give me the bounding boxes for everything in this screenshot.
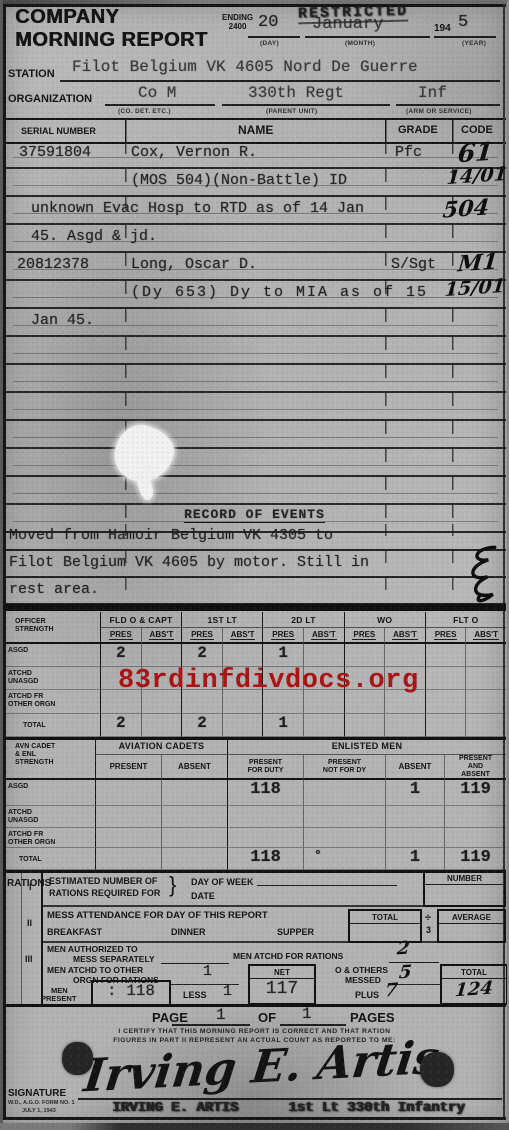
punch-hole-left: [62, 1042, 93, 1075]
enlisted-value: [95, 780, 161, 806]
events-line: rest area.: [9, 581, 99, 598]
enlisted-value-degree: °: [303, 848, 385, 870]
group-flt-o: FLT O: [425, 612, 506, 628]
record-of-events-heading: RECORD OF EVENTS: [184, 507, 325, 523]
enlisted-value: 119: [444, 780, 506, 806]
men-authorized-line2: MESS SEPARATELY: [73, 954, 155, 964]
punch-hole-right: [420, 1052, 454, 1087]
atchd-other-value: 1: [203, 963, 212, 980]
form-border-top: [3, 4, 506, 7]
enlisted-value: [161, 780, 227, 806]
officer-value: [344, 714, 385, 737]
grade-value: S/Sgt: [391, 256, 436, 273]
less-value: 1: [223, 983, 232, 1000]
grade-value: Pfc: [395, 144, 422, 161]
group-2d-lt: 2D LT: [262, 612, 343, 628]
section-divider-bar: [3, 604, 506, 611]
officer-value: [222, 644, 263, 667]
officer-value: 2: [181, 714, 222, 737]
pages-value: 1: [302, 1005, 312, 1023]
subheader-pres: PRES: [109, 630, 133, 640]
officer-value: [465, 667, 506, 690]
rations-total-value: 124: [441, 977, 507, 1002]
officer-value: [384, 714, 425, 737]
officer-value: 2: [181, 644, 222, 667]
code-handwritten: 15/01: [444, 274, 506, 300]
officer-value: [384, 644, 425, 667]
pages-underline: [280, 1024, 346, 1026]
subheader-abst: ABS'T: [473, 630, 499, 640]
officer-value: [465, 714, 506, 737]
roster-row: (Dy 653) Dy to MIA as of 15 15/01: [3, 281, 506, 309]
col-name: NAME: [238, 123, 273, 137]
form-number-line2: JULY 1, 1943: [22, 1108, 56, 1114]
subheader-abst: ABS'T: [311, 630, 337, 640]
officer-row-label: ATCHD FR OTHER ORGN: [3, 690, 100, 714]
photo-edge-left: [0, 0, 3, 1130]
officer-row-label: ATCHD UNASGD: [3, 667, 100, 690]
men-atchd-for-rations-label: MEN ATCHD FOR RATIONS: [233, 951, 343, 961]
roster-row: 37591804 Cox, Vernon R. Pfc 61: [3, 141, 506, 169]
remark-line: (Dy 653) Dy to MIA as of 15: [131, 284, 428, 301]
signature-label: SIGNATURE: [8, 1088, 66, 1099]
organization-unit-value: Co M: [138, 84, 176, 102]
estimated-number-line2: RATIONS REQUIRED FOR: [49, 888, 160, 898]
year-printed: 194: [434, 23, 451, 34]
subheader-abst: ABS'T: [392, 630, 418, 640]
part-iii-numeral: III: [25, 954, 33, 964]
serial-number: 37591804: [19, 144, 91, 161]
others-messed-value: 5: [398, 962, 412, 984]
restricted-stamp: RESTRICTED: [298, 3, 408, 25]
plus-value: 7: [384, 980, 398, 1002]
photo-edge-bottom: [0, 1123, 509, 1130]
officer-value: [425, 644, 466, 667]
group-fld-o-capt: FLD O & CAPT: [100, 612, 181, 628]
watermark-text: 83rdinfdivdocs.org: [118, 666, 419, 696]
enlisted-value: [303, 828, 385, 848]
roster-row-empty: [3, 393, 506, 421]
officer-value: [425, 667, 466, 690]
organization-arm-value: Inf: [418, 84, 447, 102]
code-handwritten: 504: [442, 194, 491, 223]
roster-row-empty: [3, 449, 506, 477]
day-of-week-label: DAY OF WEEK: [191, 877, 254, 887]
rations-rail-label: RATIONS: [7, 875, 18, 893]
events-line: Moved from Hamoir Belgium VK 4305 to: [9, 527, 333, 544]
enlisted-row-label: ATCHD FR OTHER ORGN: [3, 828, 95, 848]
record-of-events-lines: Moved from Hamoir Belgium VK 4305 to Fil…: [3, 524, 506, 605]
scanned-morning-report: COMPANY MORNING REPORT ENDING 2400 20 Ja…: [0, 0, 509, 1130]
mess-total-label: TOTAL: [350, 911, 420, 924]
typed-signer-name: IRVING E. ARTIS: [112, 1100, 238, 1116]
enlisted-row-label: TOTAL: [3, 848, 95, 870]
net-label: NET: [250, 966, 314, 979]
report-day-value: 20: [258, 13, 278, 32]
org-parent-underline: [222, 104, 390, 106]
officer-value: [465, 644, 506, 667]
men-atchd-other-line1: MEN ATCHD TO OTHER: [47, 965, 143, 975]
enlisted-value: [161, 828, 227, 848]
enlisted-value: [303, 780, 385, 806]
day-underline: [248, 36, 300, 38]
officer-value: [303, 714, 344, 737]
o-and-others-line2: MESSED: [345, 975, 381, 985]
officer-value: 2: [100, 714, 141, 737]
remark-line: unknown Evac Hosp to RTD as of 14 Jan: [31, 200, 364, 217]
group-enlisted-men: ENLISTED MEN: [227, 737, 506, 755]
men-present-box: : 118: [91, 980, 171, 1006]
others-underline: [393, 984, 441, 985]
supper-label: SUPPER: [277, 927, 314, 937]
enlisted-value: 119: [444, 848, 506, 870]
number-box-label: NUMBER: [425, 872, 504, 885]
year-caption: (YEAR): [462, 40, 486, 47]
mess-total-box: TOTAL: [348, 909, 422, 943]
net-box: NET 117: [248, 964, 316, 1005]
remark-line: Jan 45.: [31, 312, 94, 329]
col-code: CODE: [461, 124, 493, 136]
enlisted-value: 118: [227, 848, 303, 870]
officer-value: 2: [100, 644, 141, 667]
group-1st-lt: 1ST LT: [181, 612, 262, 628]
soldier-name: Long, Oscar D.: [131, 256, 257, 273]
subheader-abst: ABS'T: [230, 630, 256, 640]
officer-value: [425, 690, 466, 714]
form-title: COMPANY MORNING REPORT: [15, 6, 208, 52]
officer-value: 1: [262, 644, 303, 667]
enlisted-value: [385, 828, 444, 848]
station-underline: [60, 80, 500, 82]
mess-separately-underline: [161, 963, 229, 964]
enlisted-value: [227, 806, 303, 828]
atchd-rations-underline: [389, 962, 439, 963]
of-label: OF: [258, 1010, 276, 1025]
mess-attendance-title: MESS ATTENDANCE FOR DAY OF THIS REPORT: [47, 910, 268, 921]
enlisted-value: [95, 828, 161, 848]
rations-section: RATIONS I II III ESTIMATED NUMBER OF RAT…: [3, 872, 506, 1007]
code-handwritten: M1: [457, 248, 499, 277]
record-of-events-section: RECORD OF EVENTS: [0, 505, 509, 523]
officer-value: [141, 644, 182, 667]
officer-value: [465, 690, 506, 714]
roster-row: unknown Evac Hosp to RTD as of 14 Jan 50…: [3, 197, 506, 225]
remark-line: 45. Asgd & jd.: [31, 228, 157, 245]
subheader-abst: ABS'T: [149, 630, 175, 640]
page-underline: [172, 1024, 250, 1026]
roster-row-empty: [3, 421, 506, 449]
col-absent-enlisted: ABSENT: [385, 755, 444, 780]
officer-value: [222, 714, 263, 737]
enlisted-strength-table: AVN CADET & ENL STRENGTH AVIATION CADETS…: [3, 737, 506, 873]
col-serial-number: SERIAL NUMBER: [21, 126, 96, 136]
part-i-numeral: I: [29, 882, 32, 892]
year-underline: [434, 36, 496, 38]
page-label: PAGE: [152, 1010, 188, 1025]
enlisted-value: [95, 848, 161, 870]
col-present-not-for-dy: PRESENT NOT FOR DY: [303, 755, 385, 780]
form-title-line1: COMPANY: [15, 6, 208, 29]
enlisted-row-label: ATCHD UNASGD: [3, 806, 95, 828]
page-value: 1: [216, 1006, 226, 1024]
handwritten-scribble: [455, 538, 508, 608]
roster-row: 20812378 Long, Oscar D. S/Sgt M1: [3, 253, 506, 281]
code-handwritten: 61: [457, 136, 495, 167]
report-year-value: 5: [458, 13, 468, 32]
brace-glyph: }: [169, 872, 176, 898]
enlisted-value: [444, 828, 506, 848]
roster-table: 37591804 Cox, Vernon R. Pfc 61 (MOS 504)…: [3, 141, 506, 533]
enlisted-value: 1: [385, 848, 444, 870]
officer-value: [141, 714, 182, 737]
enlisted-value: 1: [385, 780, 444, 806]
org-arm-underline: [396, 104, 500, 106]
officer-corner-label: OFFICER STRENGTH: [3, 612, 100, 644]
events-line: Filot Belgium VK 4605 by motor. Still in: [9, 554, 369, 571]
col-grade: GRADE: [398, 124, 438, 136]
o-and-others-line1: O & OTHERS: [335, 965, 388, 975]
roster-row: 45. Asgd & jd.: [3, 225, 506, 253]
day-of-week-underline: [257, 885, 397, 886]
enlisted-value: [161, 806, 227, 828]
enlisted-value: [444, 806, 506, 828]
divide-sign: ÷: [425, 912, 431, 924]
station-value: Filot Belgium VK 4605 Nord De Guerre: [72, 58, 418, 76]
officer-value: [303, 644, 344, 667]
photo-edge-top: [0, 0, 509, 4]
station-label: STATION: [8, 68, 55, 80]
officer-value: [344, 644, 385, 667]
pages-label: PAGES: [350, 1010, 395, 1025]
men-present-line2: PRESENT: [41, 994, 76, 1003]
enlisted-value: [161, 848, 227, 870]
enlisted-value: [303, 806, 385, 828]
ending-label: ENDING: [222, 13, 253, 22]
roster-row: (MOS 504)(Non-Battle) ID 14/01: [3, 169, 506, 197]
col-present-and-absent: PRESENT AND ABSENT: [444, 755, 506, 780]
col-present-for-duty: PRESENT FOR DUTY: [227, 755, 303, 780]
net-value: 117: [250, 979, 314, 999]
subheader-pres: PRES: [190, 630, 214, 640]
serial-number: 20812378: [17, 256, 89, 273]
number-box: NUMBER: [423, 870, 506, 907]
day-caption: (DAY): [260, 40, 279, 47]
form-border-bottom: [3, 1117, 506, 1120]
remark-line: (MOS 504)(Non-Battle) ID: [131, 172, 347, 189]
org-unit-caption: (CO. DET. ETC.): [118, 108, 171, 115]
rations-rail-divider: [21, 872, 22, 1004]
group-aviation-cadets: AVIATION CADETS: [95, 737, 227, 755]
roster-row-empty: [3, 477, 506, 505]
org-unit-underline: [105, 104, 215, 106]
enlisted-value: [95, 806, 161, 828]
month-caption: (MONTH): [345, 40, 375, 47]
average-box-label: AVERAGE: [439, 911, 504, 924]
dinner-label: DINNER: [171, 927, 206, 937]
code-handwritten: 14/01: [446, 162, 508, 188]
subheader-pres: PRES: [352, 630, 376, 640]
average-box: AVERAGE: [437, 909, 506, 943]
form-title-line2: MORNING REPORT: [15, 29, 208, 52]
org-parent-caption: (PARENT UNIT): [266, 108, 317, 115]
enlisted-value: [227, 828, 303, 848]
ending-2400-label: ENDING 2400: [222, 13, 253, 31]
group-wo: WO: [344, 612, 425, 628]
col-present: PRESENT: [95, 755, 161, 780]
roster-row-empty: [3, 365, 506, 393]
month-underline: [305, 36, 430, 38]
subheader-pres: PRES: [434, 630, 458, 640]
organization-parent-value: 330th Regt: [248, 84, 344, 102]
enlisted-value: [385, 806, 444, 828]
plus-label: PLUS: [355, 990, 379, 1000]
ending-time: 2400: [222, 22, 253, 31]
roster-row: Jan 45.: [3, 309, 506, 337]
men-authorized-line1: MEN AUTHORIZED TO: [47, 944, 138, 954]
typed-signer-unit: 1st Lt 330th Infantry: [288, 1100, 464, 1116]
officer-row-label: TOTAL: [3, 714, 100, 737]
soldier-name: Cox, Vernon R.: [131, 144, 257, 161]
part-ii-numeral: II: [27, 918, 32, 928]
rations-numeral-divider: [41, 872, 43, 1004]
col-absent: ABSENT: [161, 755, 227, 780]
estimated-number-line1: ESTIMATED NUMBER OF: [49, 876, 157, 886]
form-number-line1: W.D., A.G.O. FORM NO. 1: [8, 1100, 75, 1106]
date-label: DATE: [191, 891, 215, 901]
subheader-pres: PRES: [271, 630, 295, 640]
enlisted-row-label: ASGD: [3, 780, 95, 806]
roster-row-empty: [3, 337, 506, 365]
enlisted-value: 118: [227, 780, 303, 806]
divisor: 3: [426, 925, 431, 935]
officer-value: [425, 714, 466, 737]
breakfast-label: BREAKFAST: [47, 927, 102, 937]
organization-label: ORGANIZATION: [8, 93, 92, 105]
rations-total-box: TOTAL 124: [440, 964, 508, 1005]
men-present-value: : 118: [93, 982, 169, 1000]
less-label: LESS: [183, 990, 207, 1000]
enlisted-corner-label: AVN CADET & ENL STRENGTH: [3, 737, 95, 780]
officer-row-label: ASGD: [3, 644, 100, 667]
org-arm-caption: (ARM OR SERVICE): [406, 108, 472, 115]
officer-value: 1: [262, 714, 303, 737]
